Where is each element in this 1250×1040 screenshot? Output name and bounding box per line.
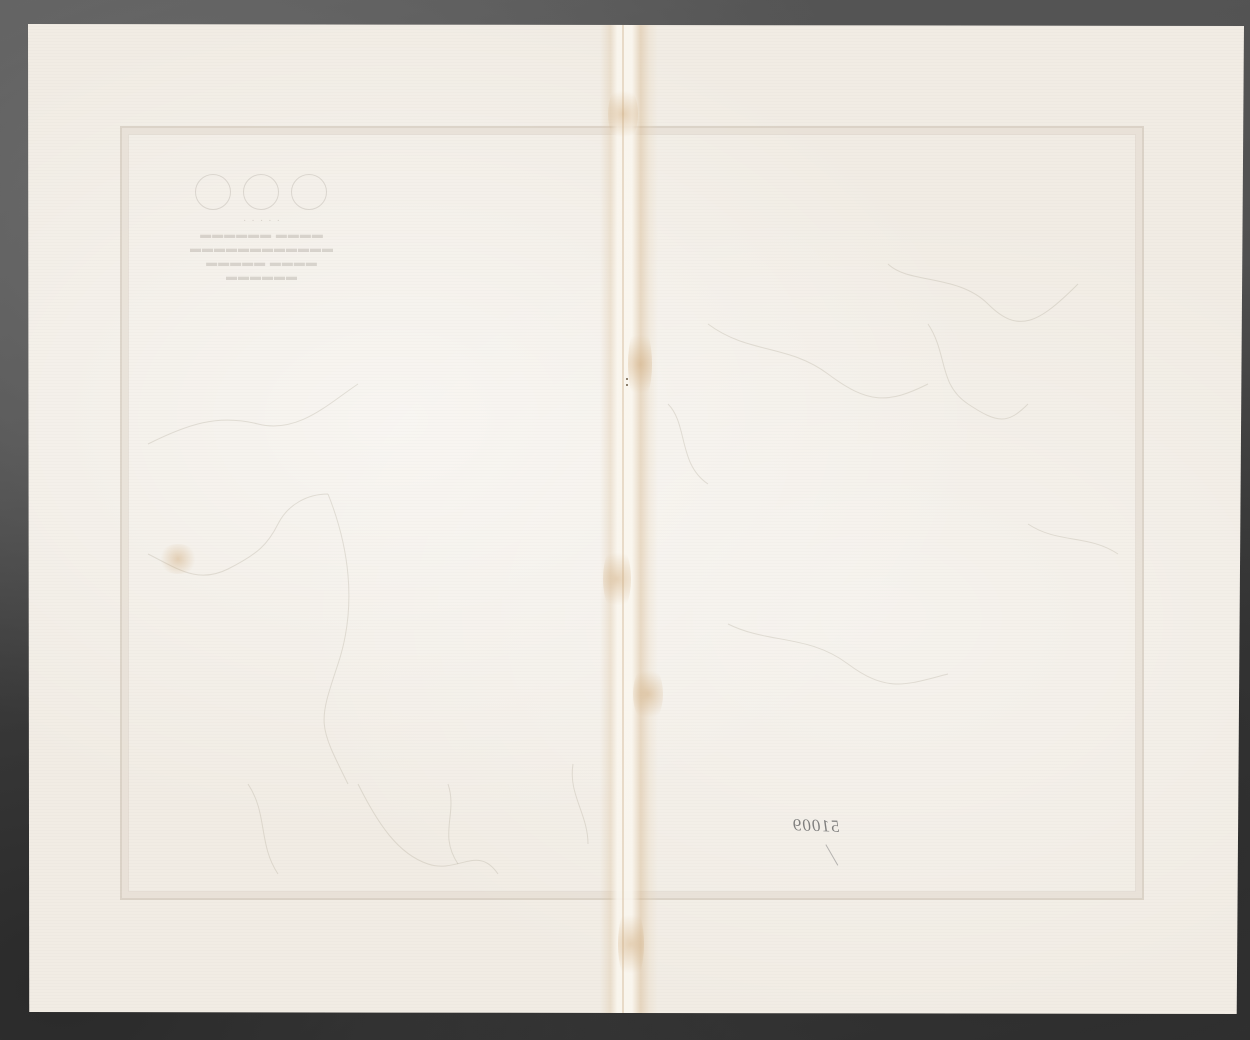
- foxing-spot: [633, 664, 663, 724]
- pencil-inventory-number: 51009: [792, 815, 840, 837]
- foxing-spot: [608, 84, 638, 144]
- pin-mark: [626, 384, 628, 386]
- showthrough-cartouche: · · · · · ▬▬▬▬ ▬▬▬▬▬▬ ▬▬▬▬▬▬▬▬▬▬▬▬ ▬▬▬▬ …: [136, 174, 386, 334]
- center-fold: [600, 24, 658, 1014]
- foxing-spot: [618, 904, 644, 984]
- foxing-spot: [628, 324, 652, 404]
- foxing-spot: [158, 544, 198, 574]
- map-sheet-reverse: · · · · · ▬▬▬▬ ▬▬▬▬▬▬ ▬▬▬▬▬▬▬▬▬▬▬▬ ▬▬▬▬ …: [28, 24, 1244, 1014]
- pin-mark: [626, 378, 628, 380]
- foxing-spot: [603, 544, 631, 614]
